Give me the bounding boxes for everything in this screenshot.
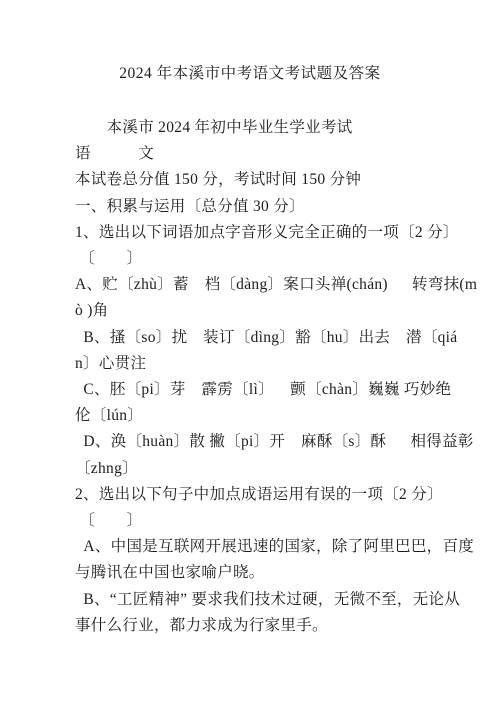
document-line: B、搔〔so〕扰 装订〔dìng〕豁〔hu〕出去 潜〔qiá xyxy=(75,325,478,351)
document-line: 1、选出以下词语加点字音形义完全正确的一项〔2 分〕 xyxy=(75,220,478,246)
document-body: 本溪市 2024 年初中毕业生学业考试语 文本试卷总分值 150 分，考试时间 … xyxy=(0,115,500,639)
document-line: A、贮〔zhù〕蓄 档〔dàng〕案口头禅(chán) 转弯抹(m xyxy=(75,272,478,298)
document-line: 〔 〕 xyxy=(75,508,478,534)
document-line: D、涣〔huàn〕散 撇〔pi〕开 麻酥〔s〕酥 相得益彰 xyxy=(75,429,478,455)
document-line: 本溪市 2024 年初中毕业生学业考试 xyxy=(75,115,478,141)
document-page: 2024 年本溪市中考语文考试题及答案 本溪市 2024 年初中毕业生学业考试语… xyxy=(0,0,500,707)
document-line: 本试卷总分值 150 分，考试时间 150 分钟 xyxy=(75,167,478,193)
document-line: 〔zhng〕 xyxy=(75,456,478,482)
document-line: A、中国是互联网开展迅速的国家，除了阿里巴巴，百度 xyxy=(75,534,478,560)
document-line: 语 文 xyxy=(75,141,478,167)
document-line: 一、积累与运用〔总分值 30 分〕 xyxy=(75,194,478,220)
document-line: ò )角 xyxy=(75,298,478,324)
document-line: 2、选出以下句子中加点成语运用有误的一项〔2 分〕 xyxy=(75,482,478,508)
document-title: 2024 年本溪市中考语文考试题及答案 xyxy=(24,0,476,87)
document-line: 事什么行业，都力求成为行家里手。 xyxy=(75,613,478,639)
document-line: n〕心贯注 xyxy=(75,351,478,377)
document-line: 〔 〕 xyxy=(75,246,478,272)
document-line: C、胚〔pi〕芽 霹雳〔lì〕 颤〔chàn〕巍巍 巧妙绝 xyxy=(75,377,478,403)
document-line: 伦〔lún〕 xyxy=(75,403,478,429)
document-line: B、“工匠精神” 要求我们技术过硬，无微不至，无论从 xyxy=(75,587,478,613)
document-line: 与腾讯在中国也家喻户晓。 xyxy=(75,560,478,586)
